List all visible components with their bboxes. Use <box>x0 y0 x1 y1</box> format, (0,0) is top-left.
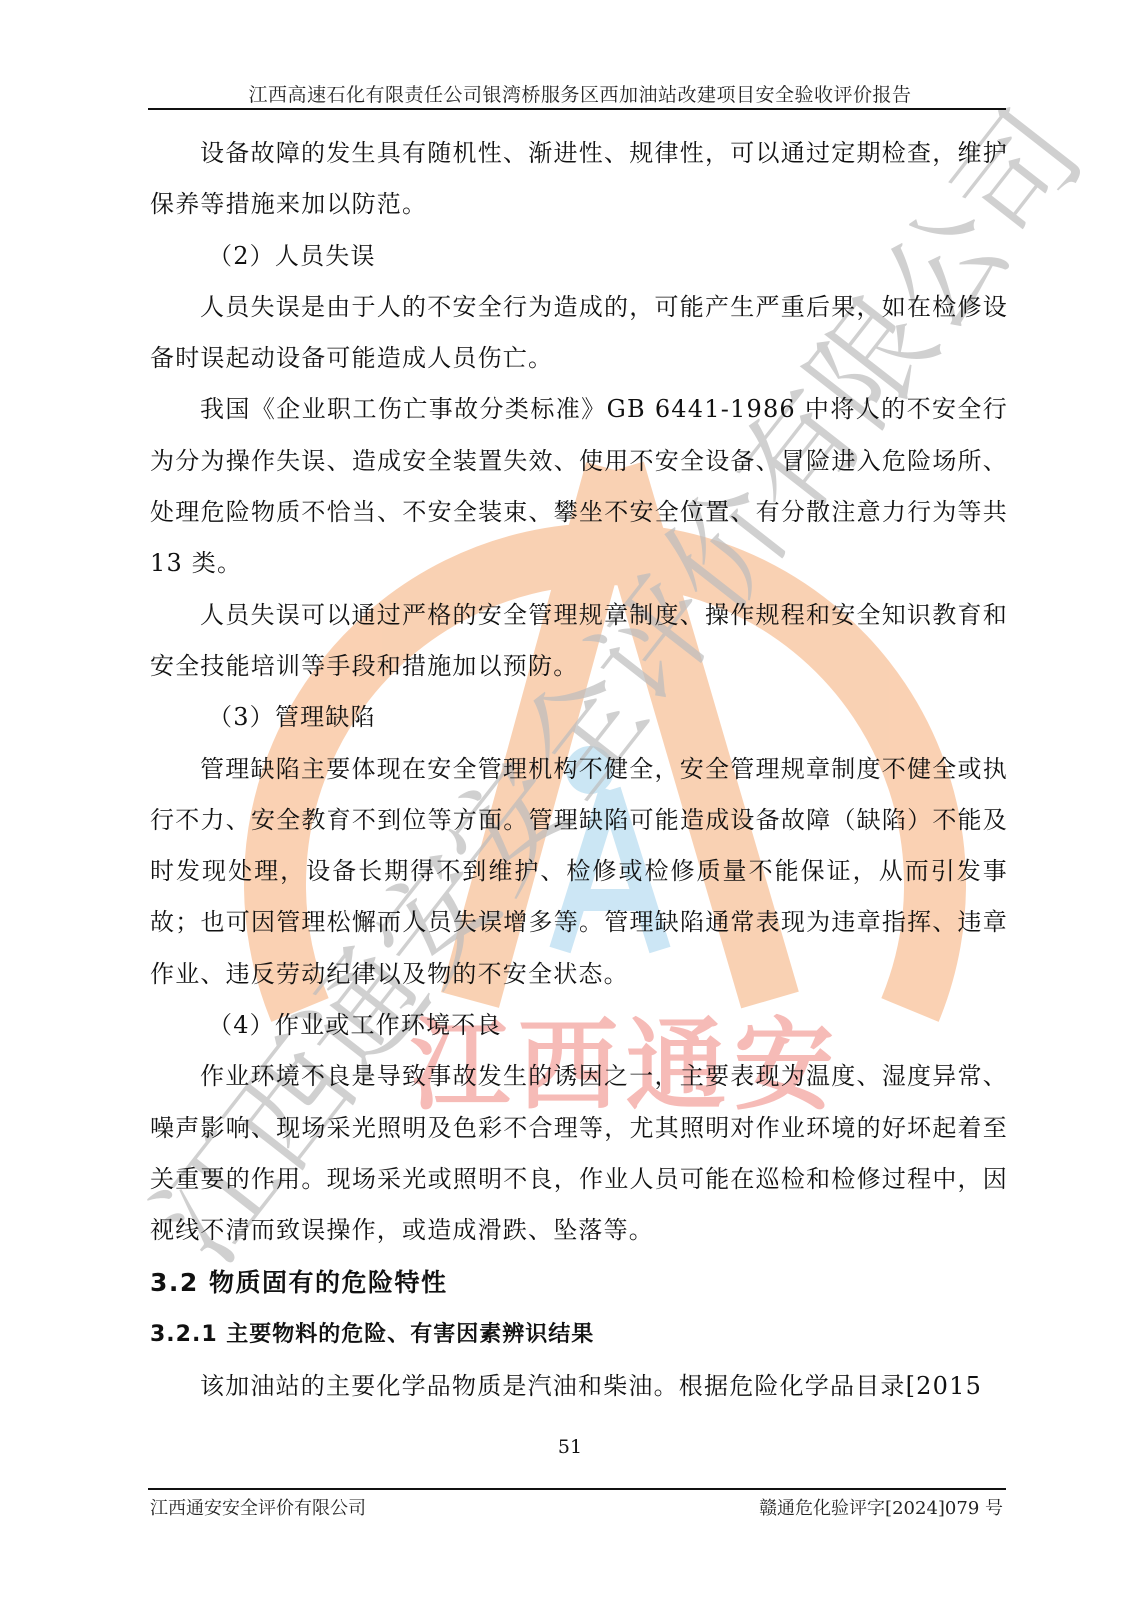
subsection-heading: 3.2.1 主要物料的危险、有害因素辨识结果 <box>150 1309 1008 1361</box>
subheading: （4）作业或工作环境不良 <box>150 1000 1008 1051</box>
subheading: （2）人员失误 <box>150 231 1008 282</box>
footer-report-number: 赣通危化验评字[2024]079 号 <box>759 1494 1003 1520</box>
paragraph: 人员失误是由于人的不安全行为造成的，可能产生严重后果，如在检修设备时误起动设备可… <box>150 282 1008 385</box>
paragraph: 人员失误可以通过严格的安全管理规章制度、操作规程和安全知识教育和安全技能培训等手… <box>150 590 1008 693</box>
header-rule <box>148 108 1006 110</box>
section-heading: 3.2 物质固有的危险特性 <box>150 1257 1008 1309</box>
page-number: 51 <box>540 1436 600 1458</box>
document-page: 江西通安 江西通安安全评价有限公司 江西高速石化有限责任公司银湾桥服务区西加油站… <box>0 0 1131 1600</box>
body-text: 设备故障的发生具有随机性、渐进性、规律性，可以通过定期检查，维护保养等措施来加以… <box>150 128 1008 1412</box>
footer-company: 江西通安安全评价有限公司 <box>150 1494 366 1520</box>
paragraph: 该加油站的主要化学品物质是汽油和柴油。根据危险化学品目录[2015 <box>150 1361 1008 1412</box>
running-header: 江西高速石化有限责任公司银湾桥服务区西加油站改建项目安全验收评价报告 <box>150 80 1010 107</box>
footer-rule <box>148 1488 1006 1490</box>
paragraph: 管理缺陷主要体现在安全管理机构不健全，安全管理规章制度不健全或执行不力、安全教育… <box>150 744 1008 1000</box>
subheading: （3）管理缺陷 <box>150 692 1008 743</box>
paragraph: 作业环境不良是导致事故发生的诱因之一，主要表现为温度、湿度异常、噪声影响、现场采… <box>150 1051 1008 1256</box>
paragraph: 设备故障的发生具有随机性、渐进性、规律性，可以通过定期检查，维护保养等措施来加以… <box>150 128 1008 231</box>
paragraph: 我国《企业职工伤亡事故分类标准》GB 6441-1986 中将人的不安全行为分为… <box>150 384 1008 589</box>
